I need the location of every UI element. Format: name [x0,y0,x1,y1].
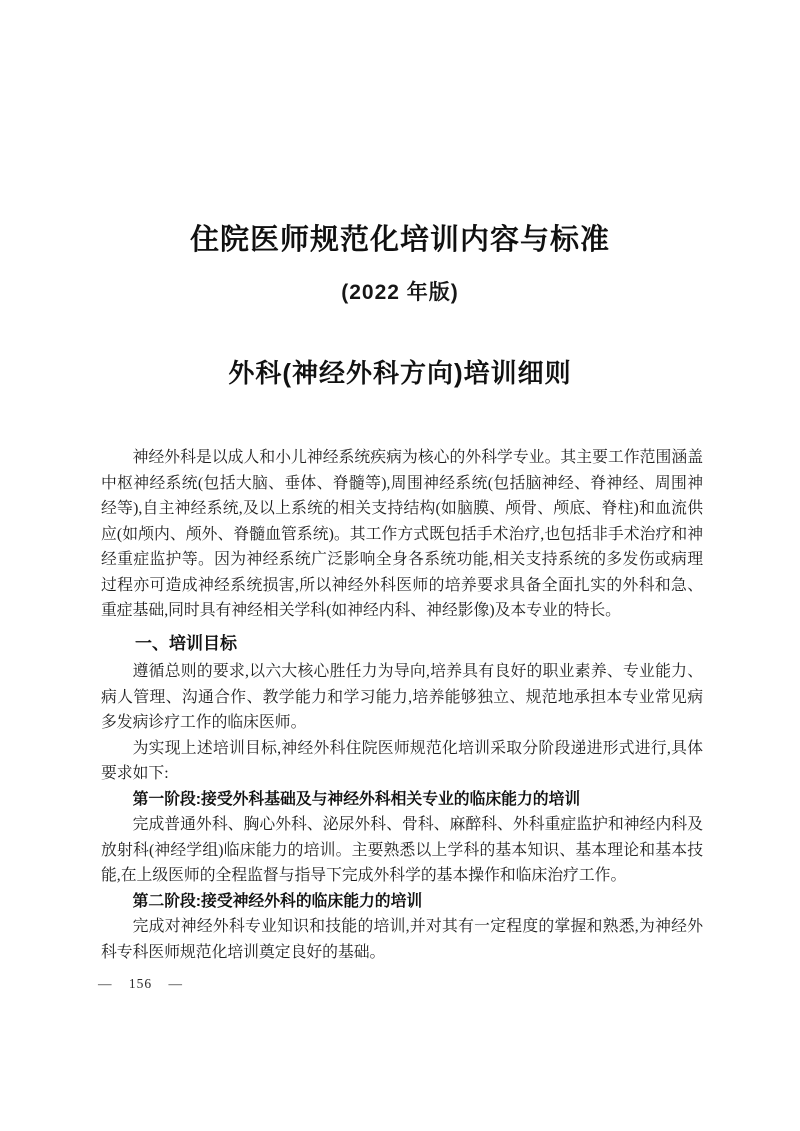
training-goals-paragraph-1: 遵循总则的要求,以六大核心胜任力为导向,培养具有良好的职业素养、专业能力、病人管… [101,659,703,736]
doc-title: 住院医师规范化培训内容与标准 [0,222,800,258]
stage2-paragraph: 完成对神经外科专业知识和技能的培训,并对其有一定程度的掌握和熟悉,为神经外科专科… [101,914,703,965]
document-body: 神经外科是以成人和小儿神经系统疾病为核心的外科学专业。其主要工作范围涵盖中枢神经… [101,445,703,965]
section-title: 外科(神经外科方向)培训细则 [0,356,800,390]
page-number: — 156 — [98,976,183,992]
stage2-heading: 第二阶段:接受神经外科的临床能力的培训 [101,889,703,915]
document-page: 住院医师规范化培训内容与标准 (2022 年版) 外科(神经外科方向)培训细则 … [0,0,800,1131]
stage1-heading: 第一阶段:接受外科基础及与神经外科相关专业的临床能力的培训 [101,787,703,813]
stage1-paragraph: 完成普通外科、胸心外科、泌尿外科、骨科、麻醉科、外科重症监护和神经内科及放射科(… [101,812,703,889]
training-goals-paragraph-2: 为实现上述培训目标,神经外科住院医师规范化培训采取分阶段递进形式进行,具体要求如… [101,736,703,787]
doc-subtitle: (2022 年版) [0,279,800,307]
intro-paragraph: 神经外科是以成人和小儿神经系统疾病为核心的外科学专业。其主要工作范围涵盖中枢神经… [101,445,703,624]
training-goals-heading: 一、培训目标 [101,631,703,657]
